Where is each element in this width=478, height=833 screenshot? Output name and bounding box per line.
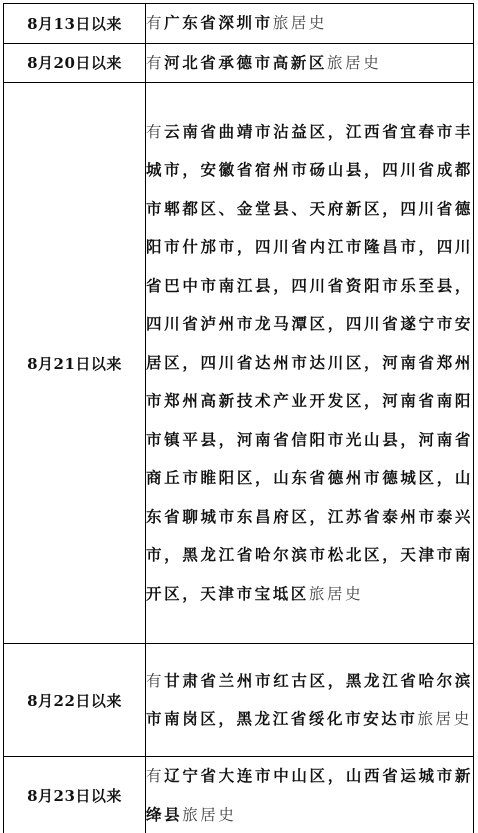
travel-history-table: 8月13日以来 有广东省深圳市旅居史 8月20日以来 有河北省承德市高新区旅居史… — [3, 3, 474, 833]
description-cell: 有广东省深圳市旅居史 — [146, 4, 474, 44]
suffix-text: 旅居史 — [418, 710, 472, 728]
prefix-text: 有 — [146, 672, 164, 690]
date-cell: 8月23日以来 — [4, 757, 146, 833]
prefix-text: 有 — [146, 54, 164, 72]
table-row: 8月23日以来 有辽宁省大连市中山区，山西省运城市新绛县旅居史 — [4, 757, 474, 833]
places-text: 广东省深圳市 — [164, 13, 273, 32]
suffix-text: 旅居史 — [309, 585, 363, 603]
suffix-text: 旅居史 — [182, 806, 236, 824]
description-cell: 有河北省承德市高新区旅居史 — [146, 43, 474, 83]
date-cell: 8月22日以来 — [4, 644, 146, 757]
suffix-text: 旅居史 — [273, 14, 327, 32]
places-text: 云南省曲靖市沾益区，江西省宜春市丰城市，安徽省宿州市砀山县，四川省成都市郫都区、… — [146, 122, 473, 603]
table-row: 8月22日以来 有甘肃省兰州市红古区，黑龙江省哈尔滨市南岗区，黑龙江省绥化市安达… — [4, 644, 474, 757]
date-cell: 8月20日以来 — [4, 43, 146, 83]
description-cell: 有辽宁省大连市中山区，山西省运城市新绛县旅居史 — [146, 757, 474, 833]
table-row: 8月13日以来 有广东省深圳市旅居史 — [4, 4, 474, 44]
description-cell: 有云南省曲靖市沾益区，江西省宜春市丰城市，安徽省宿州市砀山县，四川省成都市郫都区… — [146, 83, 474, 644]
places-text: 河北省承德市高新区 — [164, 53, 327, 72]
suffix-text: 旅居史 — [327, 54, 381, 72]
prefix-text: 有 — [146, 14, 164, 32]
table-row: 8月21日以来 有云南省曲靖市沾益区，江西省宜春市丰城市，安徽省宿州市砀山县，四… — [4, 83, 474, 644]
prefix-text: 有 — [146, 767, 164, 785]
table-row: 8月20日以来 有河北省承德市高新区旅居史 — [4, 43, 474, 83]
description-cell: 有甘肃省兰州市红古区，黑龙江省哈尔滨市南岗区，黑龙江省绥化市安达市旅居史 — [146, 644, 474, 757]
date-cell: 8月13日以来 — [4, 4, 146, 44]
prefix-text: 有 — [146, 123, 164, 141]
date-cell: 8月21日以来 — [4, 83, 146, 644]
